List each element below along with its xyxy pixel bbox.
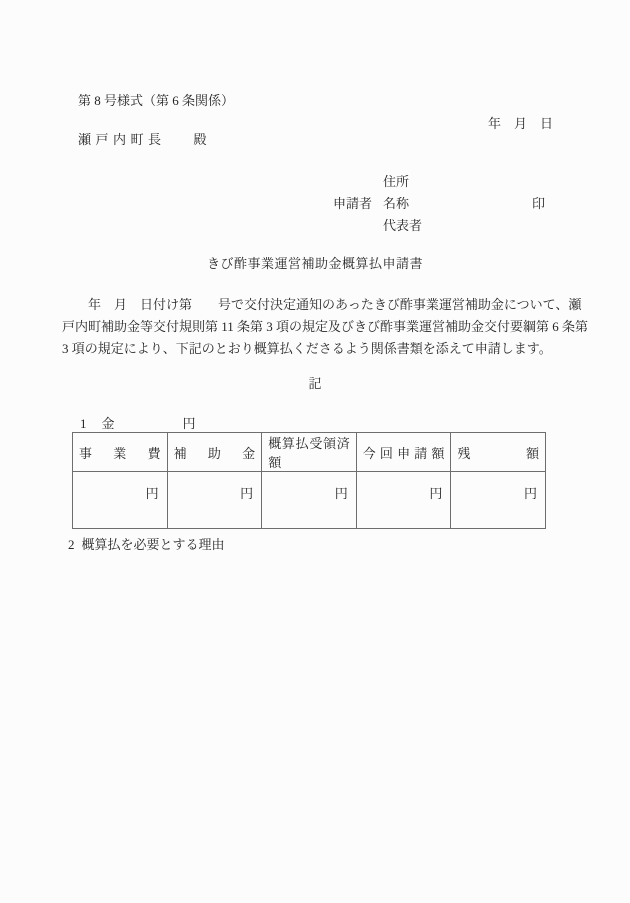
addressee-line: 瀬戸内町長殿	[78, 129, 207, 151]
applicant-representative-label: 代表者	[383, 215, 422, 237]
applicant-name-label: 名称	[383, 193, 422, 215]
form-number-label: 第 8 号様式（第 6 条関係）	[78, 90, 234, 112]
amount-item-number: 1	[80, 416, 87, 431]
reason-label: 概算払を必要とする理由	[82, 537, 225, 552]
col-header-received-amount: 概算払受領済額	[262, 433, 357, 472]
applicant-address-label: 住所	[383, 171, 422, 193]
balance-unit-cell: 円	[451, 472, 546, 529]
payment-amount-table: 事業費 補助金 概算払受領済額 今回申請額 残額 円 円 円 円 円	[72, 432, 546, 529]
issue-date-line: 年 月 日	[488, 113, 553, 135]
subsidy-unit-cell: 円	[167, 472, 262, 529]
col-header-project-cost: 事業費	[73, 433, 168, 472]
amount-label: 金	[102, 416, 115, 431]
col-header-subsidy: 補助金	[167, 433, 262, 472]
applicant-block: 住所 申請者 名称 印 代表者	[333, 171, 422, 237]
body-line-2: 戸内町補助金等交付規則第 11 条第 3 項の規定及びきび酢事業運営補助金交付要…	[62, 316, 568, 338]
document-page: 第 8 号様式（第 6 条関係） 年 月 日 瀬戸内町長殿 住所 申請者 名称 …	[0, 0, 630, 903]
current-request-unit-cell: 円	[356, 472, 451, 529]
received-amount-unit-cell: 円	[262, 472, 357, 529]
body-line-3: 3 項の規定により、下記のとおり概算払くださるよう関係書類を添えて申請します。	[62, 338, 568, 360]
reason-item-number: 2	[68, 537, 75, 552]
record-mark: 記	[0, 373, 630, 395]
body-paragraph: 年 月 日付け第 号で交付決定通知のあったきび酢事業運営補助金について、瀬 戸内…	[62, 294, 568, 360]
col-header-current-request: 今回申請額	[356, 433, 451, 472]
addressee-name: 瀬戸内町長	[78, 132, 166, 147]
applicant-representative-row: 代表者	[333, 215, 422, 237]
project-cost-unit-cell: 円	[73, 472, 168, 529]
amount-unit: 円	[183, 416, 196, 431]
document-title: きび酢事業運営補助金概算払申請書	[0, 253, 630, 275]
seal-mark: 印	[532, 193, 545, 215]
applicant-address-row: 住所	[333, 171, 422, 193]
applicant-name-row: 申請者 名称 印	[333, 193, 422, 215]
applicant-group-label: 申請者	[333, 193, 383, 215]
table-header-row: 事業費 補助金 概算払受領済額 今回申請額 残額	[73, 433, 546, 472]
table-value-row: 円 円 円 円 円	[73, 472, 546, 529]
applicant-group-spacer	[333, 215, 383, 237]
col-header-balance: 残額	[451, 433, 546, 472]
addressee-honorific: 殿	[194, 132, 207, 147]
reason-item-line: 2概算払を必要とする理由	[68, 534, 225, 556]
applicant-group-spacer	[333, 171, 383, 193]
body-line-1: 年 月 日付け第 号で交付決定通知のあったきび酢事業運営補助金について、瀬	[62, 294, 568, 316]
